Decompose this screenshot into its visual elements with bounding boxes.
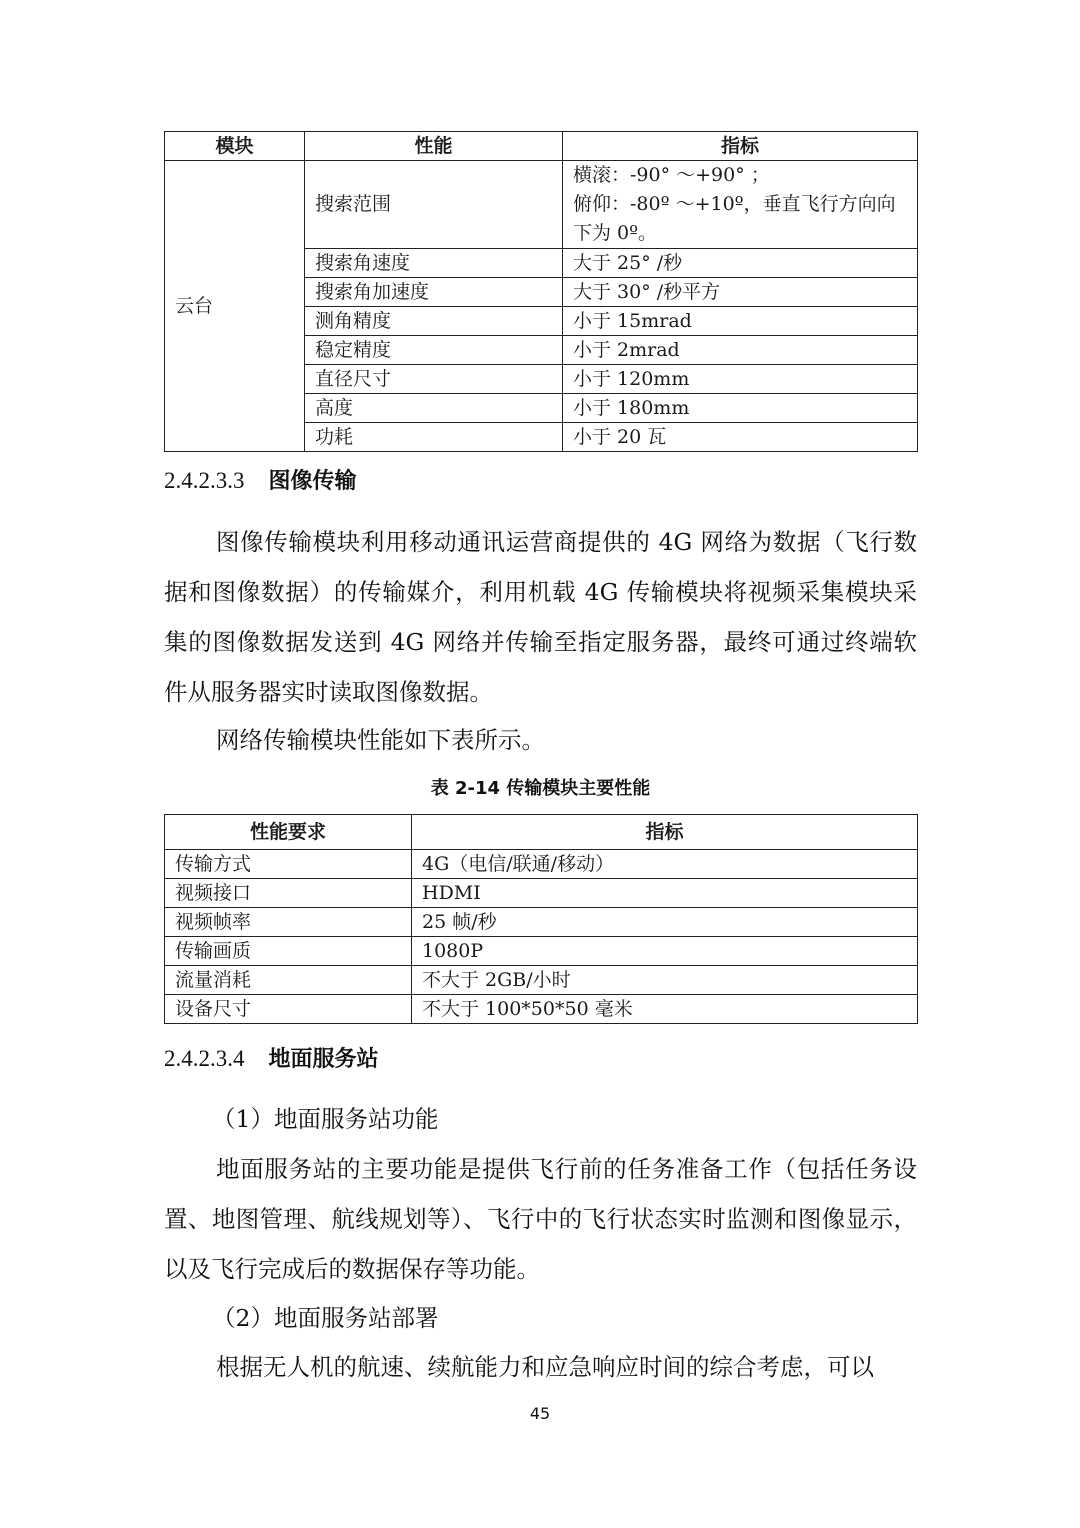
spec-cell: 大于 25° /秒 [563, 249, 918, 278]
header-requirement: 性能要求 [165, 815, 412, 850]
section-heading-image-transmission: 2.4.2.3.3图像传输 [164, 464, 357, 495]
page-number: 45 [0, 1404, 1080, 1423]
section-number: 2.4.2.3.4 [164, 1046, 245, 1071]
req-cell: 设备尺寸 [165, 995, 412, 1024]
spec-cell: 25 帧/秒 [412, 908, 918, 937]
spec-cell: 小于 2mrad [563, 336, 918, 365]
perf-cell: 搜索角速度 [305, 249, 563, 278]
section-number: 2.4.2.3.3 [164, 468, 245, 493]
header-spec: 指标 [563, 132, 918, 161]
spec-cell: 大于 30° /秒平方 [563, 278, 918, 307]
header-spec: 指标 [412, 815, 918, 850]
header-performance: 性能 [305, 132, 563, 161]
table-header-row: 模块 性能 指标 [165, 132, 918, 161]
perf-cell: 搜索角加速度 [305, 278, 563, 307]
paragraph-image-transmission: 图像传输模块利用移动通讯运营商提供的 4G 网络为数据（飞行数据和图像数据）的传… [164, 517, 917, 717]
spec-cell: 小于 180mm [563, 394, 918, 423]
table-row: 传输方式4G（电信/联通/移动） [165, 850, 918, 879]
spec-cell: 小于 20 瓦 [563, 423, 918, 452]
spec-cell: 小于 120mm [563, 365, 918, 394]
paragraph-table-intro: 网络传输模块性能如下表所示。 [164, 715, 917, 765]
subheading-deployment: （2）地面服务站部署 [164, 1293, 917, 1343]
req-cell: 流量消耗 [165, 966, 412, 995]
spec-cell: 小于 15mrad [563, 307, 918, 336]
table-row: 设备尺寸不大于 100*50*50 毫米 [165, 995, 918, 1024]
spec-cell: 1080P [412, 937, 918, 966]
spec-cell: 不大于 2GB/小时 [412, 966, 918, 995]
transmission-spec-table: 性能要求 指标 传输方式4G（电信/联通/移动） 视频接口HDMI 视频帧率25… [164, 814, 918, 1024]
table-row: 视频接口HDMI [165, 879, 918, 908]
module-cell: 云台 [165, 161, 305, 452]
paragraph-deployment: 根据无人机的航速、续航能力和应急响应时间的综合考虑，可以 [164, 1342, 917, 1392]
spec-cell: 横滚：-90° ～+90° ；俯仰：-80º ～+10º，垂直飞行方向向下为 0… [563, 161, 918, 249]
header-module: 模块 [165, 132, 305, 161]
perf-cell: 直径尺寸 [305, 365, 563, 394]
perf-cell: 测角精度 [305, 307, 563, 336]
table-row: 传输画质1080P [165, 937, 918, 966]
table-row: 流量消耗不大于 2GB/小时 [165, 966, 918, 995]
table-header-row: 性能要求 指标 [165, 815, 918, 850]
section-title: 图像传输 [269, 469, 357, 494]
req-cell: 传输方式 [165, 850, 412, 879]
table-row: 视频帧率25 帧/秒 [165, 908, 918, 937]
req-cell: 视频接口 [165, 879, 412, 908]
paragraph-ground-station-function: 地面服务站的主要功能是提供飞行前的任务准备工作（包括任务设置、地图管理、航线规划… [164, 1144, 917, 1294]
perf-cell: 稳定精度 [305, 336, 563, 365]
perf-cell: 功耗 [305, 423, 563, 452]
spec-cell: HDMI [412, 879, 918, 908]
req-cell: 传输画质 [165, 937, 412, 966]
perf-cell: 高度 [305, 394, 563, 423]
spec-cell: 4G（电信/联通/移动） [412, 850, 918, 879]
gimbal-spec-table: 模块 性能 指标 云台 搜索范围 横滚：-90° ～+90° ；俯仰：-80º … [164, 131, 918, 452]
table-row: 云台 搜索范围 横滚：-90° ～+90° ；俯仰：-80º ～+10º，垂直飞… [165, 161, 918, 249]
req-cell: 视频帧率 [165, 908, 412, 937]
perf-cell: 搜索范围 [305, 161, 563, 249]
spec-cell: 不大于 100*50*50 毫米 [412, 995, 918, 1024]
section-title: 地面服务站 [269, 1047, 379, 1072]
table-caption: 表 2-14 传输模块主要性能 [164, 774, 917, 800]
subheading-function: （1）地面服务站功能 [164, 1094, 917, 1144]
section-heading-ground-station: 2.4.2.3.4地面服务站 [164, 1042, 379, 1073]
